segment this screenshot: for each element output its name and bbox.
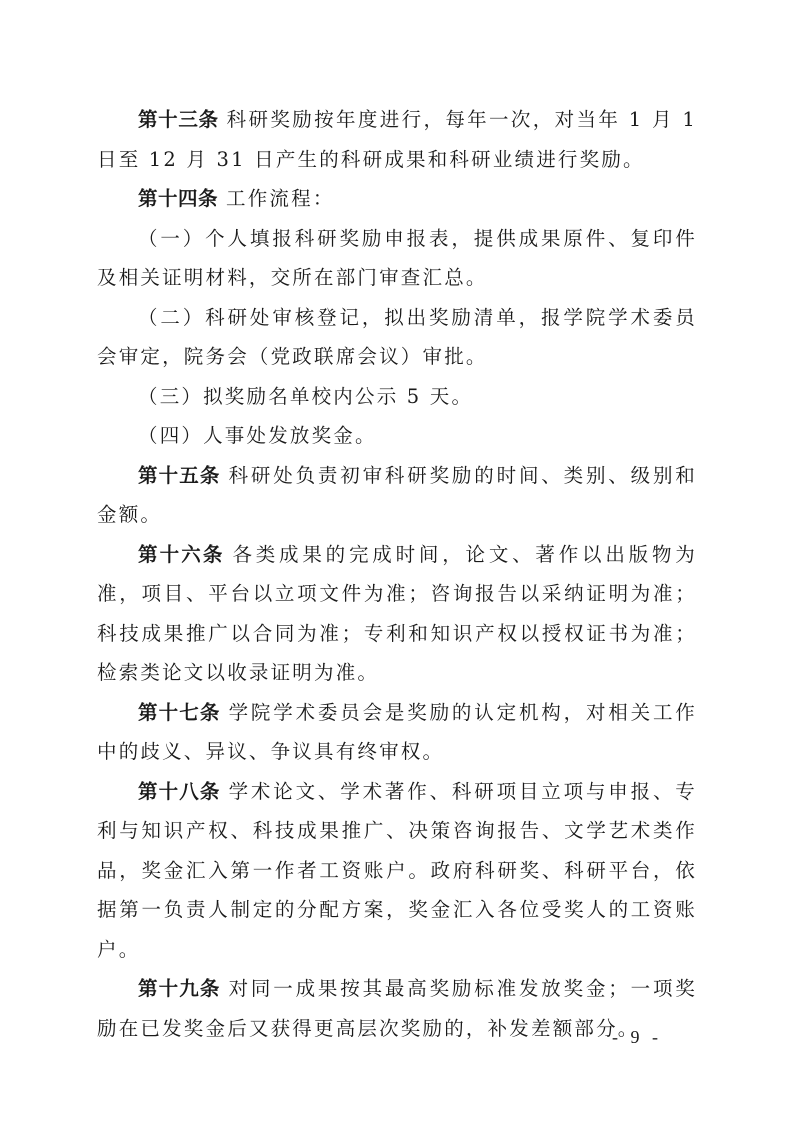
article-16: 第十六条各类成果的完成时间，论文、著作以出版物为准，项目、平台以立项文件为准；咨…: [97, 535, 697, 693]
article-19: 第十九条对同一成果按其最高奖励标准发放奖金；一项奖励在已发奖金后又获得更高层次奖…: [97, 969, 697, 1048]
article-label: 第十六条: [138, 543, 224, 566]
procedure-step-4: （四）人事处发放奖金。: [97, 416, 697, 456]
article-label: 第十九条: [138, 977, 221, 1000]
article-label: 第十七条: [138, 701, 221, 724]
procedure-step-1: （一）个人填报科研奖励申报表，提供成果原件、复印件及相关证明材料，交所在部门审查…: [97, 219, 697, 298]
procedure-text: （四）人事处发放奖金。: [138, 424, 377, 447]
article-14: 第十四条工作流程：: [97, 179, 697, 219]
article-label: 第十八条: [138, 780, 221, 803]
procedure-step-2: （二）科研处审核登记，拟出奖励清单，报学院学术委员会审定，院务会（党政联席会议）…: [97, 298, 697, 377]
article-label: 第十四条: [138, 187, 218, 210]
procedure-text: （一）个人填报科研奖励申报表，提供成果原件、复印件及相关证明材料，交所在部门审查…: [97, 227, 697, 290]
procedure-text: （三）拟奖励名单校内公示 5 天。: [138, 385, 473, 408]
article-text: 学术论文、学术著作、科研项目立项与申报、专利与知识产权、科技成果推广、决策咨询报…: [97, 780, 697, 961]
article-15: 第十五条科研处负责初审科研奖励的时间、类别、级别和金额。: [97, 456, 697, 535]
article-text: 工作流程：: [226, 187, 335, 210]
page-number: - 9 -: [612, 1027, 662, 1048]
procedure-text: （二）科研处审核登记，拟出奖励清单，报学院学术委员会审定，院务会（党政联席会议）…: [97, 306, 697, 369]
article-label: 第十五条: [138, 464, 221, 487]
document-body: 第十三条科研奖励按年度进行，每年一次，对当年 1 月 1 日至 12 月 31 …: [97, 100, 697, 1048]
article-18: 第十八条学术论文、学术著作、科研项目立项与申报、专利与知识产权、科技成果推广、决…: [97, 772, 697, 970]
article-17: 第十七条学院学术委员会是奖励的认定机构，对相关工作中的歧义、异议、争议具有终审权…: [97, 693, 697, 772]
article-label: 第十三条: [138, 108, 219, 131]
article-13: 第十三条科研奖励按年度进行，每年一次，对当年 1 月 1 日至 12 月 31 …: [97, 100, 697, 179]
procedure-step-3: （三）拟奖励名单校内公示 5 天。: [97, 377, 697, 417]
